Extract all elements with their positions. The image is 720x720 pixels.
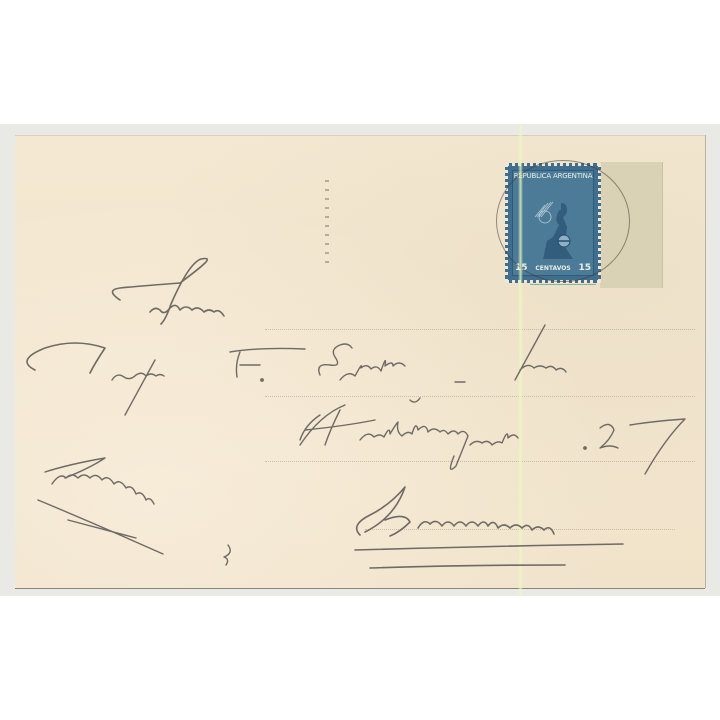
handwriting [0, 0, 720, 720]
handwriting-address-line-2 [300, 405, 685, 474]
handwriting-address-line-1 [112, 325, 566, 415]
handwriting-sender-note [38, 458, 230, 565]
handwriting-city [355, 487, 623, 568]
handwriting-salutation [27, 259, 224, 374]
